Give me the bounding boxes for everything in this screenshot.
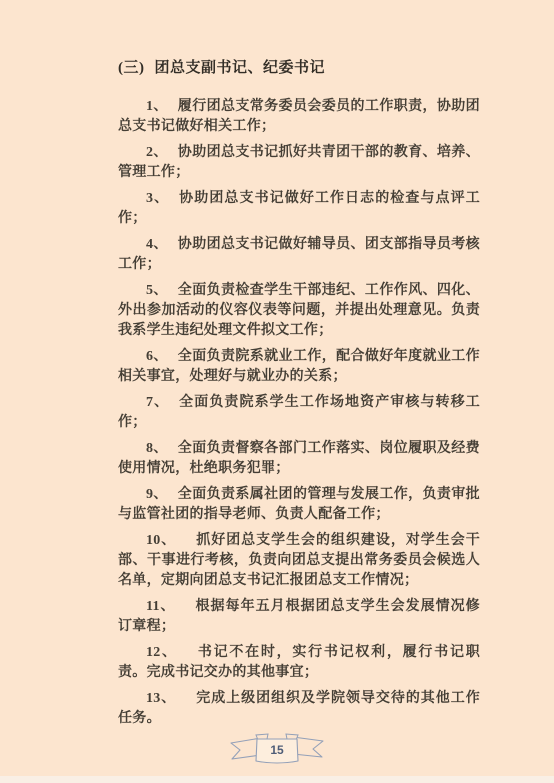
list-item: 3、协助团总支书记做好工作日志的检查与点评工作；: [118, 189, 480, 229]
list-item-text: 全面负责督察各部门工作落实、岗位履职及经费使用情况，杜绝职务犯罪；: [118, 441, 480, 476]
list-item-text: 全面负责院系学生工作场地资产审核与转移工作；: [118, 395, 480, 430]
list-item: 11、根据每年五月根据团总支学生会发展情况修订章程；: [118, 597, 480, 637]
list-item-text: 全面负责系属社团的管理与发展工作，负责审批与监管社团的指导老师、负责人配备工作；: [118, 487, 480, 522]
list-item-number: 13、: [146, 691, 176, 706]
list-item-number: 8、: [146, 441, 168, 456]
list-item-number: 12、: [146, 645, 178, 660]
list-item: 8、全面负责督察各部门工作落实、岗位履职及经费使用情况，杜绝职务犯罪；: [118, 439, 480, 479]
list-item: 6、全面负责院系就业工作，配合做好年度就业工作相关事宜，处理好与就业办的关系；: [118, 347, 480, 387]
list-item: 13、完成上级团组织及学院领导交待的其他工作任务。: [118, 689, 480, 729]
list-item: 1、履行团总支常务委员会委员的工作职责，协助团总支书记做好相关工作；: [118, 97, 480, 137]
list-item-number: 1、: [146, 99, 168, 114]
document-content: (三)团总支副书记、纪委书记 1、履行团总支常务委员会委员的工作职责，协助团总支…: [118, 56, 480, 735]
section-heading-label: (三): [118, 60, 145, 76]
section-heading-title: 团总支副书记、纪委书记: [155, 60, 326, 76]
list-item-number: 2、: [146, 145, 168, 160]
list-item: 5、全面负责检查学生干部违纪、工作作风、四化、外出参加活动的仪容仪表等问题，并提…: [118, 281, 480, 341]
footer-band: [0, 776, 554, 783]
list-item: 10、抓好团总支学生会的组织建设，对学生会干部、干事进行考核，负责向团总支提出常…: [118, 531, 480, 591]
list-item-number: 5、: [146, 283, 168, 298]
list-item-text: 全面负责检查学生干部违纪、工作作风、四化、外出参加活动的仪容仪表等问题，并提出处…: [118, 283, 480, 338]
page-number-ribbon: 15: [227, 729, 327, 769]
list-item: 12、书记不在时，实行书记权利，履行书记职责。完成书记交办的其他事宜；: [118, 643, 480, 683]
list-item-number: 3、: [146, 191, 169, 206]
list-item-text: 全面负责院系就业工作，配合做好年度就业工作相关事宜，处理好与就业办的关系；: [118, 349, 480, 384]
list-item-number: 10、: [146, 533, 176, 548]
list-item-number: 6、: [146, 349, 168, 364]
list-item-number: 11、: [146, 599, 176, 614]
list-item-text: 协助团总支书记做好辅导员、团支部指导员考核工作；: [118, 237, 480, 272]
list-item-text: 协助团总支书记抓好共青团干部的教育、培养、管理工作；: [118, 145, 480, 180]
list-item: 9、全面负责系属社团的管理与发展工作，负责审批与监管社团的指导老师、负责人配备工…: [118, 485, 480, 525]
list-item-number: 7、: [146, 395, 169, 410]
section-heading: (三)团总支副书记、纪委书记: [118, 56, 480, 77]
document-page: (三)团总支副书记、纪委书记 1、履行团总支常务委员会委员的工作职责，协助团总支…: [0, 0, 554, 783]
list-item-text: 履行团总支常务委员会委员的工作职责，协助团总支书记做好相关工作；: [118, 99, 480, 134]
list-item-text: 协助团总支书记做好工作日志的检查与点评工作；: [118, 191, 480, 226]
list-item: 7、全面负责院系学生工作场地资产审核与转移工作；: [118, 393, 480, 433]
list-item: 4、协助团总支书记做好辅导员、团支部指导员考核工作；: [118, 235, 480, 275]
page-number: 15: [227, 743, 327, 757]
list-item-number: 9、: [146, 487, 168, 502]
list-item-number: 4、: [146, 237, 168, 252]
list-item: 2、协助团总支书记抓好共青团干部的教育、培养、管理工作；: [118, 143, 480, 183]
